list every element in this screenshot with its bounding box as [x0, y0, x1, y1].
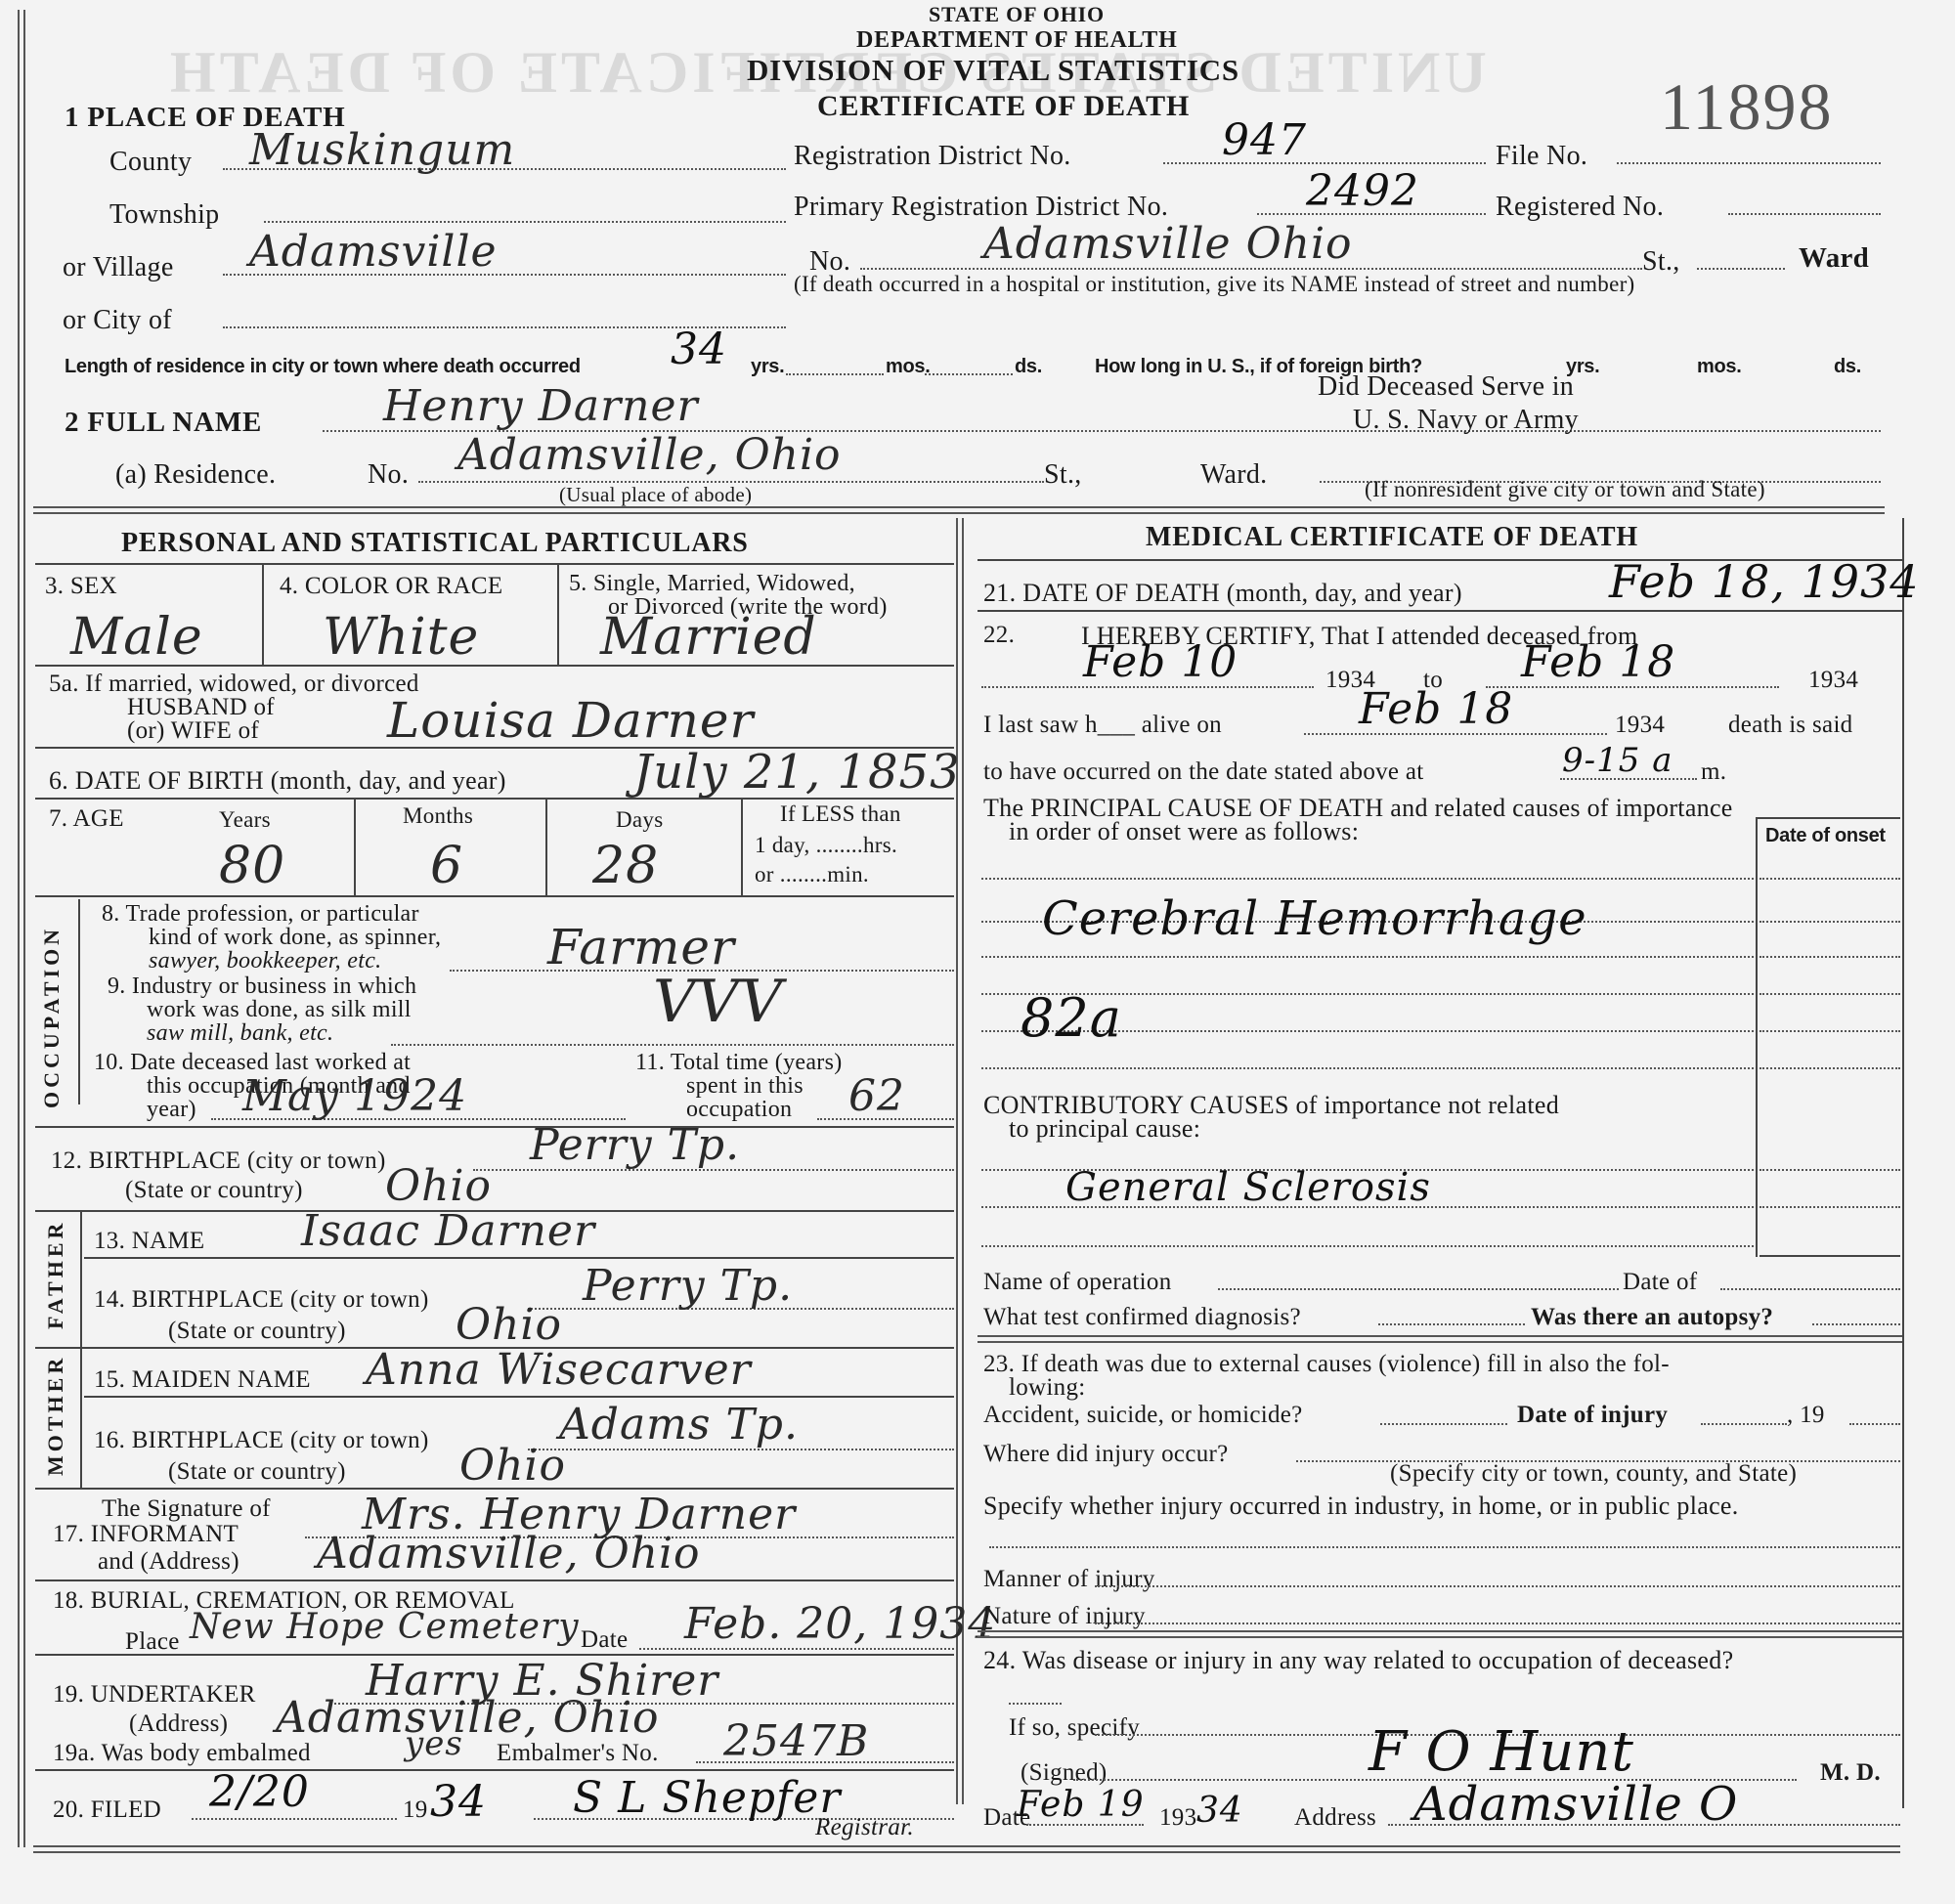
county-label: County: [109, 147, 192, 178]
contributory-line-3: [981, 1245, 1754, 1247]
operation-line: [1218, 1288, 1619, 1290]
rule: [35, 563, 954, 565]
informant-label-1: The Signature of: [102, 1495, 271, 1523]
left-border: [18, 10, 25, 1847]
foreign-mos-label: mos.: [1697, 356, 1741, 378]
mother-birthplace-label: 16. BIRTHPLACE (city or town): [94, 1427, 429, 1454]
contributory-value[interactable]: General Sclerosis: [1065, 1165, 1431, 1210]
sex-value[interactable]: Male: [70, 608, 203, 667]
right-border: [1902, 518, 1904, 1808]
injury-year-line: [1849, 1423, 1900, 1425]
section-divider: [33, 506, 1885, 514]
birthplace-label: 12. BIRTHPLACE (city or town): [51, 1147, 386, 1175]
ds-label: ds.: [1015, 356, 1042, 378]
place-no-value[interactable]: Adamsville Ohio: [983, 219, 1353, 269]
county-value[interactable]: Muskingum: [249, 125, 515, 175]
place-ward-line: [1697, 268, 1785, 270]
race-label: 4. COLOR OR RACE: [280, 573, 502, 600]
mother-birthplace-value[interactable]: Adams Tp.: [559, 1400, 799, 1450]
embalmed-label: 19a. Was body embalmed: [53, 1740, 311, 1767]
dob-value[interactable]: July 21, 1853: [633, 745, 961, 800]
full-name-value[interactable]: Henry Darner: [383, 381, 699, 431]
specify-place-label: Specify whether injury occurred in indus…: [983, 1492, 1739, 1521]
dod-label: 21. DATE OF DEATH (month, day, and year): [983, 579, 1462, 608]
filed-year-value[interactable]: 34: [430, 1777, 487, 1827]
rule: [545, 800, 547, 895]
sex-label: 3. SEX: [45, 573, 117, 600]
township-line: [264, 221, 786, 223]
residence-years-value[interactable]: 34: [671, 325, 727, 374]
cause-label-2: in order of onset were as follows:: [1009, 817, 1359, 846]
cert-year-prefix: 193: [1159, 1804, 1196, 1832]
cause-line-1: [981, 878, 1754, 880]
total-time-label-1: 11. Total time (years): [635, 1050, 843, 1076]
rule: [80, 1212, 82, 1347]
father-name-value[interactable]: Isaac Darner: [301, 1206, 595, 1256]
yrs-label: yrs.: [751, 356, 784, 378]
m-label: m.: [1701, 758, 1726, 786]
burial-date-label: Date: [581, 1626, 628, 1654]
accident-line: [1380, 1423, 1507, 1425]
rule: [35, 895, 954, 897]
undertaker-label: 19. UNDERTAKER: [53, 1681, 256, 1709]
father-side-label: FATHER: [43, 1220, 68, 1329]
rule: [35, 798, 954, 800]
md-label: M. D.: [1820, 1759, 1881, 1787]
death-said-label: death is said: [1728, 712, 1852, 739]
industry-value[interactable]: VVV: [653, 968, 783, 1036]
test-label: What test confirmed diagnosis?: [983, 1304, 1301, 1331]
industry-label-2: work was done, as silk mill: [147, 997, 412, 1023]
rule: [80, 1349, 82, 1488]
signed-label: (Signed): [1021, 1759, 1108, 1787]
abode-note: (Usual place of abode): [559, 483, 752, 507]
foreign-ds-label: ds.: [1834, 356, 1861, 378]
trade-label-3: sawyer, bookkeeper, etc.: [149, 948, 381, 974]
cert-date-value[interactable]: Feb 19: [1017, 1785, 1145, 1825]
cause-code-value[interactable]: 82a: [1021, 987, 1122, 1049]
informant-address-value[interactable]: Adamsville, Ohio: [317, 1529, 701, 1579]
undertaker-address-value[interactable]: Adamsville, Ohio: [276, 1693, 660, 1743]
burial-place-label: Place: [125, 1628, 180, 1656]
nature-label: Nature of injury: [983, 1603, 1146, 1630]
last-worked-value[interactable]: May 1924: [242, 1071, 467, 1121]
principal-cause-value[interactable]: Cerebral Hemorrhage: [1042, 891, 1587, 946]
place-st-label: St.,: [1642, 246, 1680, 278]
last-saw-value[interactable]: Feb 18: [1359, 684, 1513, 734]
residence-length-label: Length of residence in city or town wher…: [65, 356, 581, 378]
days-label: Days: [616, 807, 663, 833]
division-title: DIVISION OF VITAL STATISTICS: [747, 53, 1239, 88]
embalmer-no-value[interactable]: 2547B: [723, 1716, 869, 1766]
registered-no-line: [1728, 213, 1881, 215]
rule: [35, 665, 954, 667]
if-so-label: If so, specify: [1009, 1714, 1140, 1742]
bottom-border: [33, 1845, 1900, 1853]
industry-label-1: 9. Industry or business in which: [108, 974, 416, 1000]
registered-no-label: Registered No.: [1496, 192, 1664, 223]
date-of-label: Date of: [1623, 1269, 1697, 1296]
months-label: Months: [403, 803, 473, 829]
onset-line-6: [1759, 1067, 1900, 1069]
residence-st-label: St.,: [1044, 459, 1082, 491]
certificate-title: CERTIFICATE OF DEATH: [817, 90, 1190, 123]
residence-label: (a) Residence.: [115, 459, 276, 491]
filed-year-prefix: 19: [403, 1796, 428, 1824]
address-label: Address: [1294, 1804, 1376, 1832]
military-label-1: Did Deceased Serve in: [1318, 371, 1574, 403]
filed-label: 20. FILED: [53, 1796, 161, 1824]
accident-label: Accident, suicide, or homicide?: [983, 1402, 1303, 1429]
contributory-label-2: to principal cause:: [1009, 1114, 1200, 1144]
total-time-label-2: spent in this: [686, 1073, 804, 1100]
registration-district-line: [1163, 162, 1486, 164]
dob-label: 6. DATE OF BIRTH (month, day, and year): [49, 766, 506, 796]
embalmed-value[interactable]: yes: [405, 1724, 463, 1763]
onset-line-8: [1759, 1206, 1900, 1208]
less-label-1: If LESS than: [780, 801, 901, 827]
rule: [557, 565, 559, 665]
contributory-line-2: [981, 1206, 1754, 1208]
age-years-value[interactable]: 80: [219, 837, 285, 895]
manner-line: [1095, 1585, 1900, 1587]
attended-from-value[interactable]: Feb 10: [1083, 637, 1238, 687]
stamp-number: 11898: [1660, 68, 1833, 146]
father-birthplace-label: 14. BIRTHPLACE (city or town): [94, 1286, 429, 1314]
department-title: DEPARTMENT OF HEALTH: [856, 27, 1178, 54]
rule: [977, 610, 1902, 612]
rule: [35, 1769, 954, 1771]
residence-ward-label: Ward.: [1200, 459, 1267, 491]
father-birthplace-value[interactable]: Perry Tp.: [583, 1261, 793, 1311]
primary-district-value[interactable]: 2492: [1306, 166, 1419, 216]
personal-heading: PERSONAL AND STATISTICAL PARTICULARS: [121, 528, 749, 559]
dod-value[interactable]: Feb 18, 1934: [1609, 555, 1920, 608]
autopsy-line: [1812, 1323, 1900, 1325]
date-onset-label: Date of onset: [1765, 825, 1886, 847]
full-name-label: 2 FULL NAME: [65, 407, 262, 439]
spouse-label-3: (or) WIFE of: [127, 717, 259, 745]
medical-divider: [977, 1335, 1902, 1343]
nonresident-note: (If nonresident give city or town and St…: [1365, 477, 1765, 502]
burial-place-value[interactable]: New Hope Cemetery: [190, 1607, 580, 1647]
mother-state-label: (State or country): [168, 1458, 346, 1486]
occurred-label: to have occurred on the date stated abov…: [983, 758, 1424, 786]
time-value[interactable]: 9-15 a: [1562, 741, 1673, 780]
medical-heading: MEDICAL CERTIFICATE OF DEATH: [1146, 522, 1638, 553]
residence-value[interactable]: Adamsville, Ohio: [457, 430, 842, 480]
rule: [354, 800, 356, 895]
mos-line: [786, 373, 884, 375]
onset-line-7: [1759, 1169, 1900, 1171]
rule: [78, 899, 80, 1104]
external-label-2: lowing:: [1009, 1374, 1086, 1402]
injury-year-prefix: , 19: [1787, 1402, 1825, 1429]
age-months-value[interactable]: 6: [430, 837, 463, 895]
onset-line-2: [1759, 921, 1900, 923]
undertaker-address-label: (Address): [129, 1710, 228, 1738]
years-label: Years: [219, 807, 271, 833]
medical-divider-2: [977, 1630, 1902, 1638]
township-label: Township: [109, 199, 219, 231]
cause-line-3: [981, 956, 1754, 958]
registration-district-label: Registration District No.: [794, 141, 1071, 172]
onset-line-1: [1759, 878, 1900, 880]
industry-label-3: saw mill, bank, etc.: [147, 1020, 333, 1047]
file-no-label: File No.: [1496, 141, 1587, 172]
birthplace-state-value[interactable]: Ohio: [385, 1161, 492, 1211]
mother-side-label: MOTHER: [43, 1355, 68, 1476]
mother-state-value[interactable]: Ohio: [459, 1441, 566, 1491]
attended-to-value[interactable]: Feb 18: [1521, 637, 1675, 687]
operation-label: Name of operation: [983, 1269, 1172, 1296]
onset-line-5: [1759, 1030, 1900, 1032]
village-value[interactable]: Adamsville: [249, 227, 498, 277]
industry-line: [391, 1044, 954, 1046]
filed-date-value[interactable]: 2/20: [209, 1767, 310, 1817]
hospital-note: (If death occurred in a hospital or inst…: [794, 272, 1635, 297]
city-label: or City of: [63, 305, 172, 336]
last-worked-label-3: year): [147, 1097, 196, 1123]
mos-label: mos.: [886, 356, 930, 378]
father-state-value[interactable]: Ohio: [456, 1300, 562, 1350]
autopsy-label: Was there an autopsy?: [1531, 1304, 1773, 1331]
filed-line: [192, 1818, 397, 1820]
age-days-value[interactable]: 28: [592, 837, 659, 895]
race-value[interactable]: White: [323, 608, 479, 667]
specify-city-note: (Specify city or town, county, and State…: [1390, 1460, 1797, 1488]
external-label-1: 23. If death was due to external causes …: [983, 1351, 1670, 1378]
residence-no-label: No.: [368, 459, 409, 491]
cause-line-6: [981, 1067, 1754, 1069]
trade-label-2: kind of work done, as spinner,: [149, 925, 441, 951]
trade-label-1: 8. Trade profession, or particular: [102, 901, 419, 928]
manner-label: Manner of injury: [983, 1566, 1155, 1593]
embalmer-no-label: Embalmer's No.: [497, 1740, 659, 1767]
physician-signature[interactable]: F O Hunt: [1368, 1720, 1634, 1784]
injury-date-label: Date of injury: [1517, 1402, 1668, 1429]
where-label: Where did injury occur?: [983, 1441, 1229, 1468]
specify-place-line: [989, 1546, 1900, 1548]
onset-line-4: [1759, 993, 1900, 995]
ds-line: [925, 373, 1013, 375]
village-label: or Village: [63, 252, 174, 283]
injury-date-line: [1701, 1423, 1787, 1425]
military-label-2: U. S. Navy or Army: [1353, 405, 1579, 436]
test-line: [1378, 1323, 1525, 1325]
last-saw-label: I last saw h___ alive on: [983, 712, 1222, 739]
file-no-line: [1617, 162, 1881, 164]
spouse-value[interactable]: Louisa Darner: [387, 692, 754, 749]
rule: [262, 565, 264, 665]
less-label-3: or ........min.: [755, 862, 869, 887]
rule: [35, 1126, 954, 1128]
place-ward-label: Ward: [1799, 242, 1869, 275]
cert-year-value[interactable]: 34: [1196, 1791, 1243, 1831]
total-time-label-3: occupation: [686, 1097, 792, 1123]
birthplace-value[interactable]: Perry Tp.: [530, 1120, 740, 1170]
rule: [84, 1257, 954, 1259]
occupation-side-label: OCCUPATION: [39, 926, 65, 1108]
rule: [1756, 817, 1900, 819]
informant-label-3: and (Address): [98, 1548, 239, 1576]
cert-address-value[interactable]: Adamsville O: [1413, 1777, 1738, 1832]
state-title: STATE OF OHIO: [929, 2, 1105, 27]
onset-line-3: [1759, 956, 1900, 958]
rule: [35, 1579, 954, 1581]
age-label: 7. AGE: [49, 805, 124, 833]
last-saw-year: 1934: [1615, 712, 1665, 739]
date-of-line: [1720, 1288, 1900, 1290]
marital-label-1: 5. Single, Married, Widowed,: [569, 571, 855, 597]
onset-column-divider: [1756, 817, 1758, 1257]
father-state-label: (State or country): [168, 1318, 346, 1345]
less-label-2: 1 day, ........hrs.: [755, 833, 897, 858]
birthplace-state-label: (State or country): [125, 1177, 303, 1204]
registrar-signature[interactable]: S L Shepfer: [573, 1773, 841, 1823]
certify-number: 22.: [983, 622, 1015, 649]
father-name-label: 13. NAME: [94, 1228, 205, 1255]
mother-name-value[interactable]: Anna Wisecarver: [366, 1345, 752, 1395]
marital-value[interactable]: Married: [600, 608, 817, 667]
informant-label-2: 17. INFORMANT: [53, 1521, 239, 1548]
rule: [1759, 1255, 1900, 1257]
mother-name-label: 15. MAIDEN NAME: [94, 1366, 311, 1394]
occupation-related-label: 24. Was disease or injury in any way rel…: [983, 1646, 1733, 1675]
total-time-value[interactable]: 62: [848, 1071, 905, 1121]
nature-line: [1095, 1623, 1900, 1624]
registrar-label: Registrar.: [815, 1814, 914, 1841]
attended-to-year: 1934: [1808, 667, 1858, 694]
rule: [741, 800, 743, 895]
burial-date-value[interactable]: Feb. 20, 1934: [684, 1599, 996, 1649]
rule: [84, 1396, 954, 1398]
occupation-related-line: [1009, 1703, 1062, 1705]
registration-district-value[interactable]: 947: [1222, 115, 1307, 165]
